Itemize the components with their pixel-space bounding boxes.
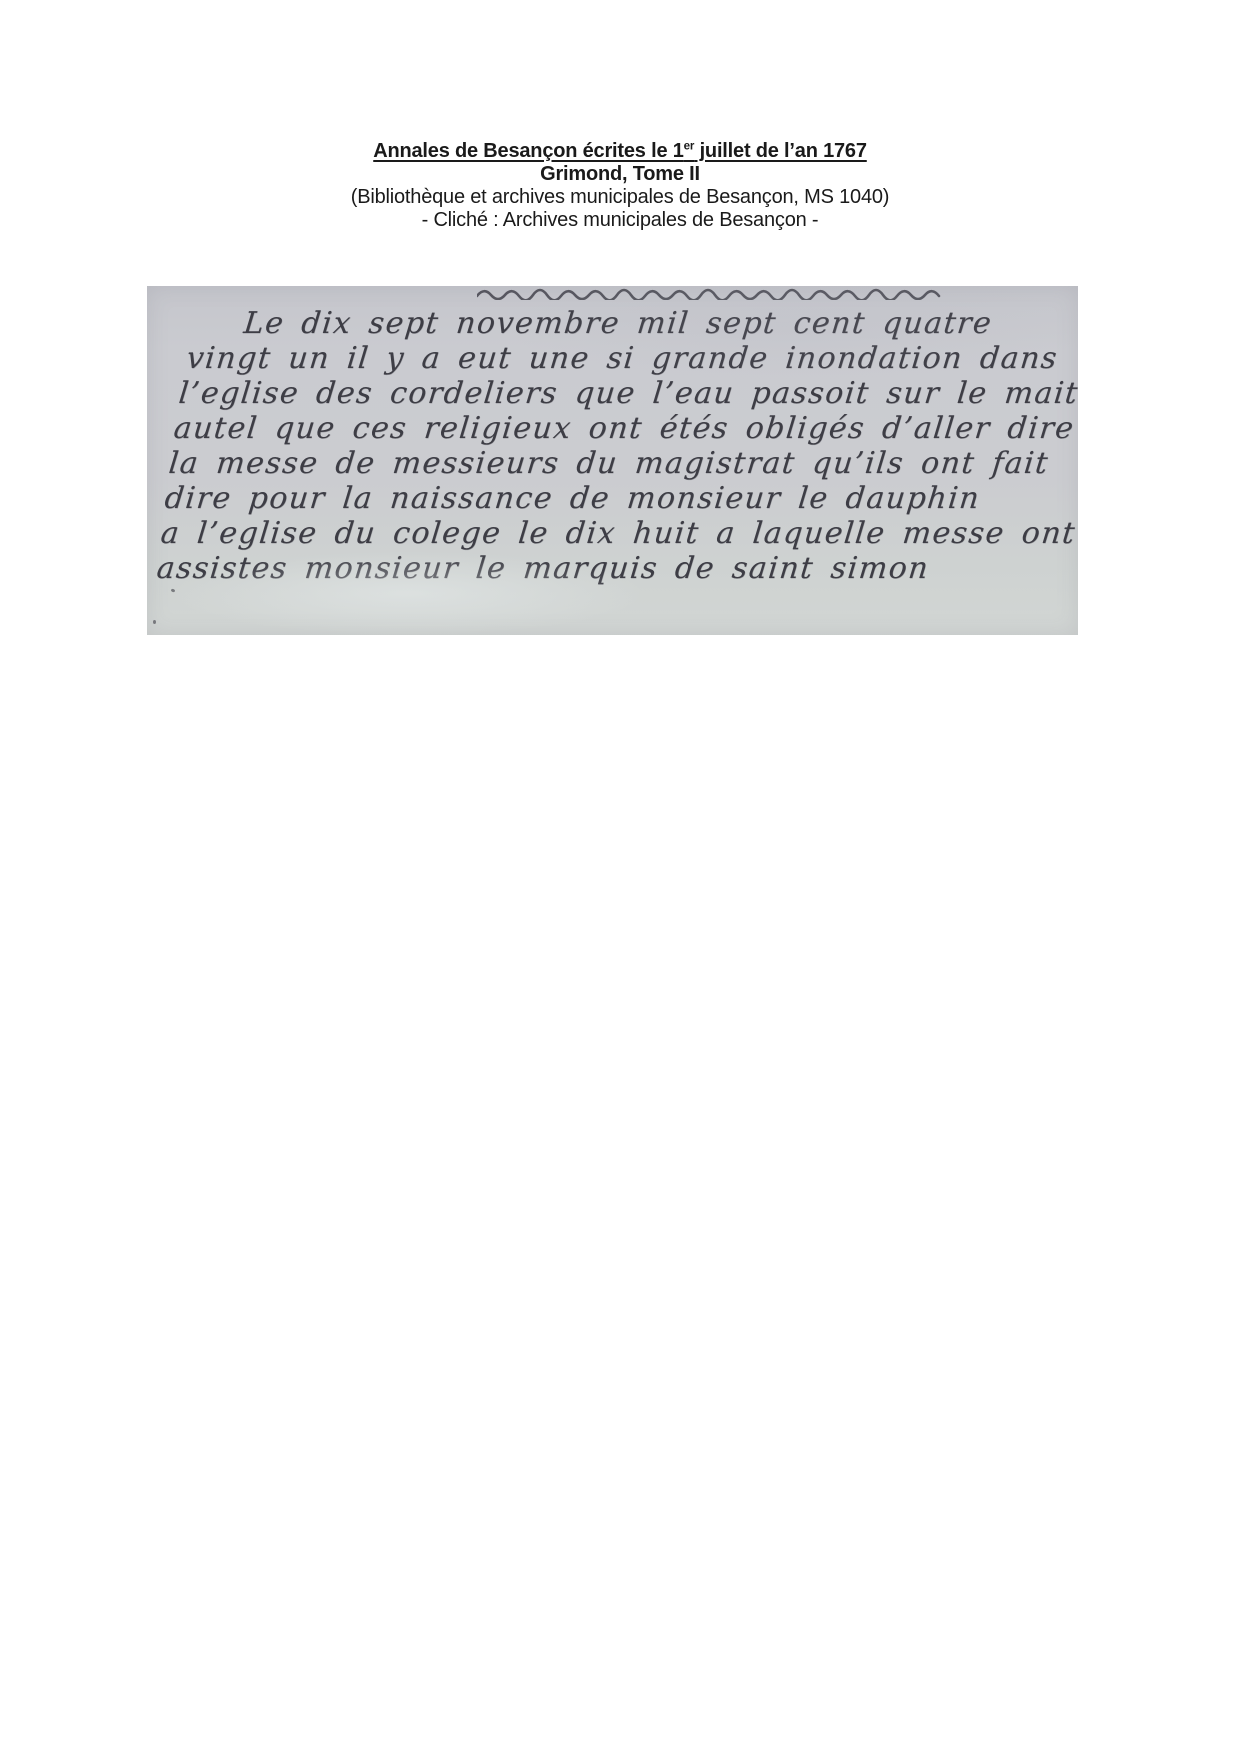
photo-credit: - Cliché : Archives municipales de Besan… bbox=[0, 209, 1240, 232]
ink-speck bbox=[153, 620, 156, 624]
manuscript-line: vingt un il y a eut une si grande inonda… bbox=[185, 341, 1060, 376]
title-superscript: er bbox=[684, 139, 695, 152]
ink-speck bbox=[171, 588, 176, 592]
manuscript-line: Le dix sept novembre mil sept cent quatr… bbox=[242, 306, 994, 341]
manuscript-line: assistes monsieur le marquis de saint si… bbox=[155, 551, 931, 586]
manuscript-line: l’eglise des cordeliers que l’eau passoi… bbox=[177, 376, 1078, 411]
manuscript-scan-image: Le dix sept novembre mil sept cent quatr… bbox=[147, 286, 1078, 635]
manuscript-line: la messe de messieurs du magistrat qu’il… bbox=[167, 446, 1051, 481]
title-prefix: Annales de Besançon écrites le 1 bbox=[373, 140, 683, 162]
page-title-text: Annales de Besançon écrites le 1er juill… bbox=[373, 140, 867, 162]
manuscript-line: autel que ces religieux ont étés obligés… bbox=[172, 411, 1076, 446]
title-suffix: juillet de l’an 1767 bbox=[694, 140, 867, 162]
page-title: Annales de Besançon écrites le 1er juill… bbox=[0, 140, 1240, 163]
document-page: Annales de Besançon écrites le 1er juill… bbox=[0, 0, 1240, 1754]
cropped-handwriting-line bbox=[477, 286, 947, 300]
source-reference: (Bibliothèque et archives municipales de… bbox=[0, 186, 1240, 209]
page-subtitle: Grimond, Tome II bbox=[0, 163, 1240, 186]
manuscript-line: a l’eglise du colege le dix huit a laque… bbox=[159, 516, 1078, 551]
manuscript-line: dire pour la naissance de monsieur le da… bbox=[163, 481, 982, 516]
document-header: Annales de Besançon écrites le 1er juill… bbox=[0, 140, 1240, 232]
